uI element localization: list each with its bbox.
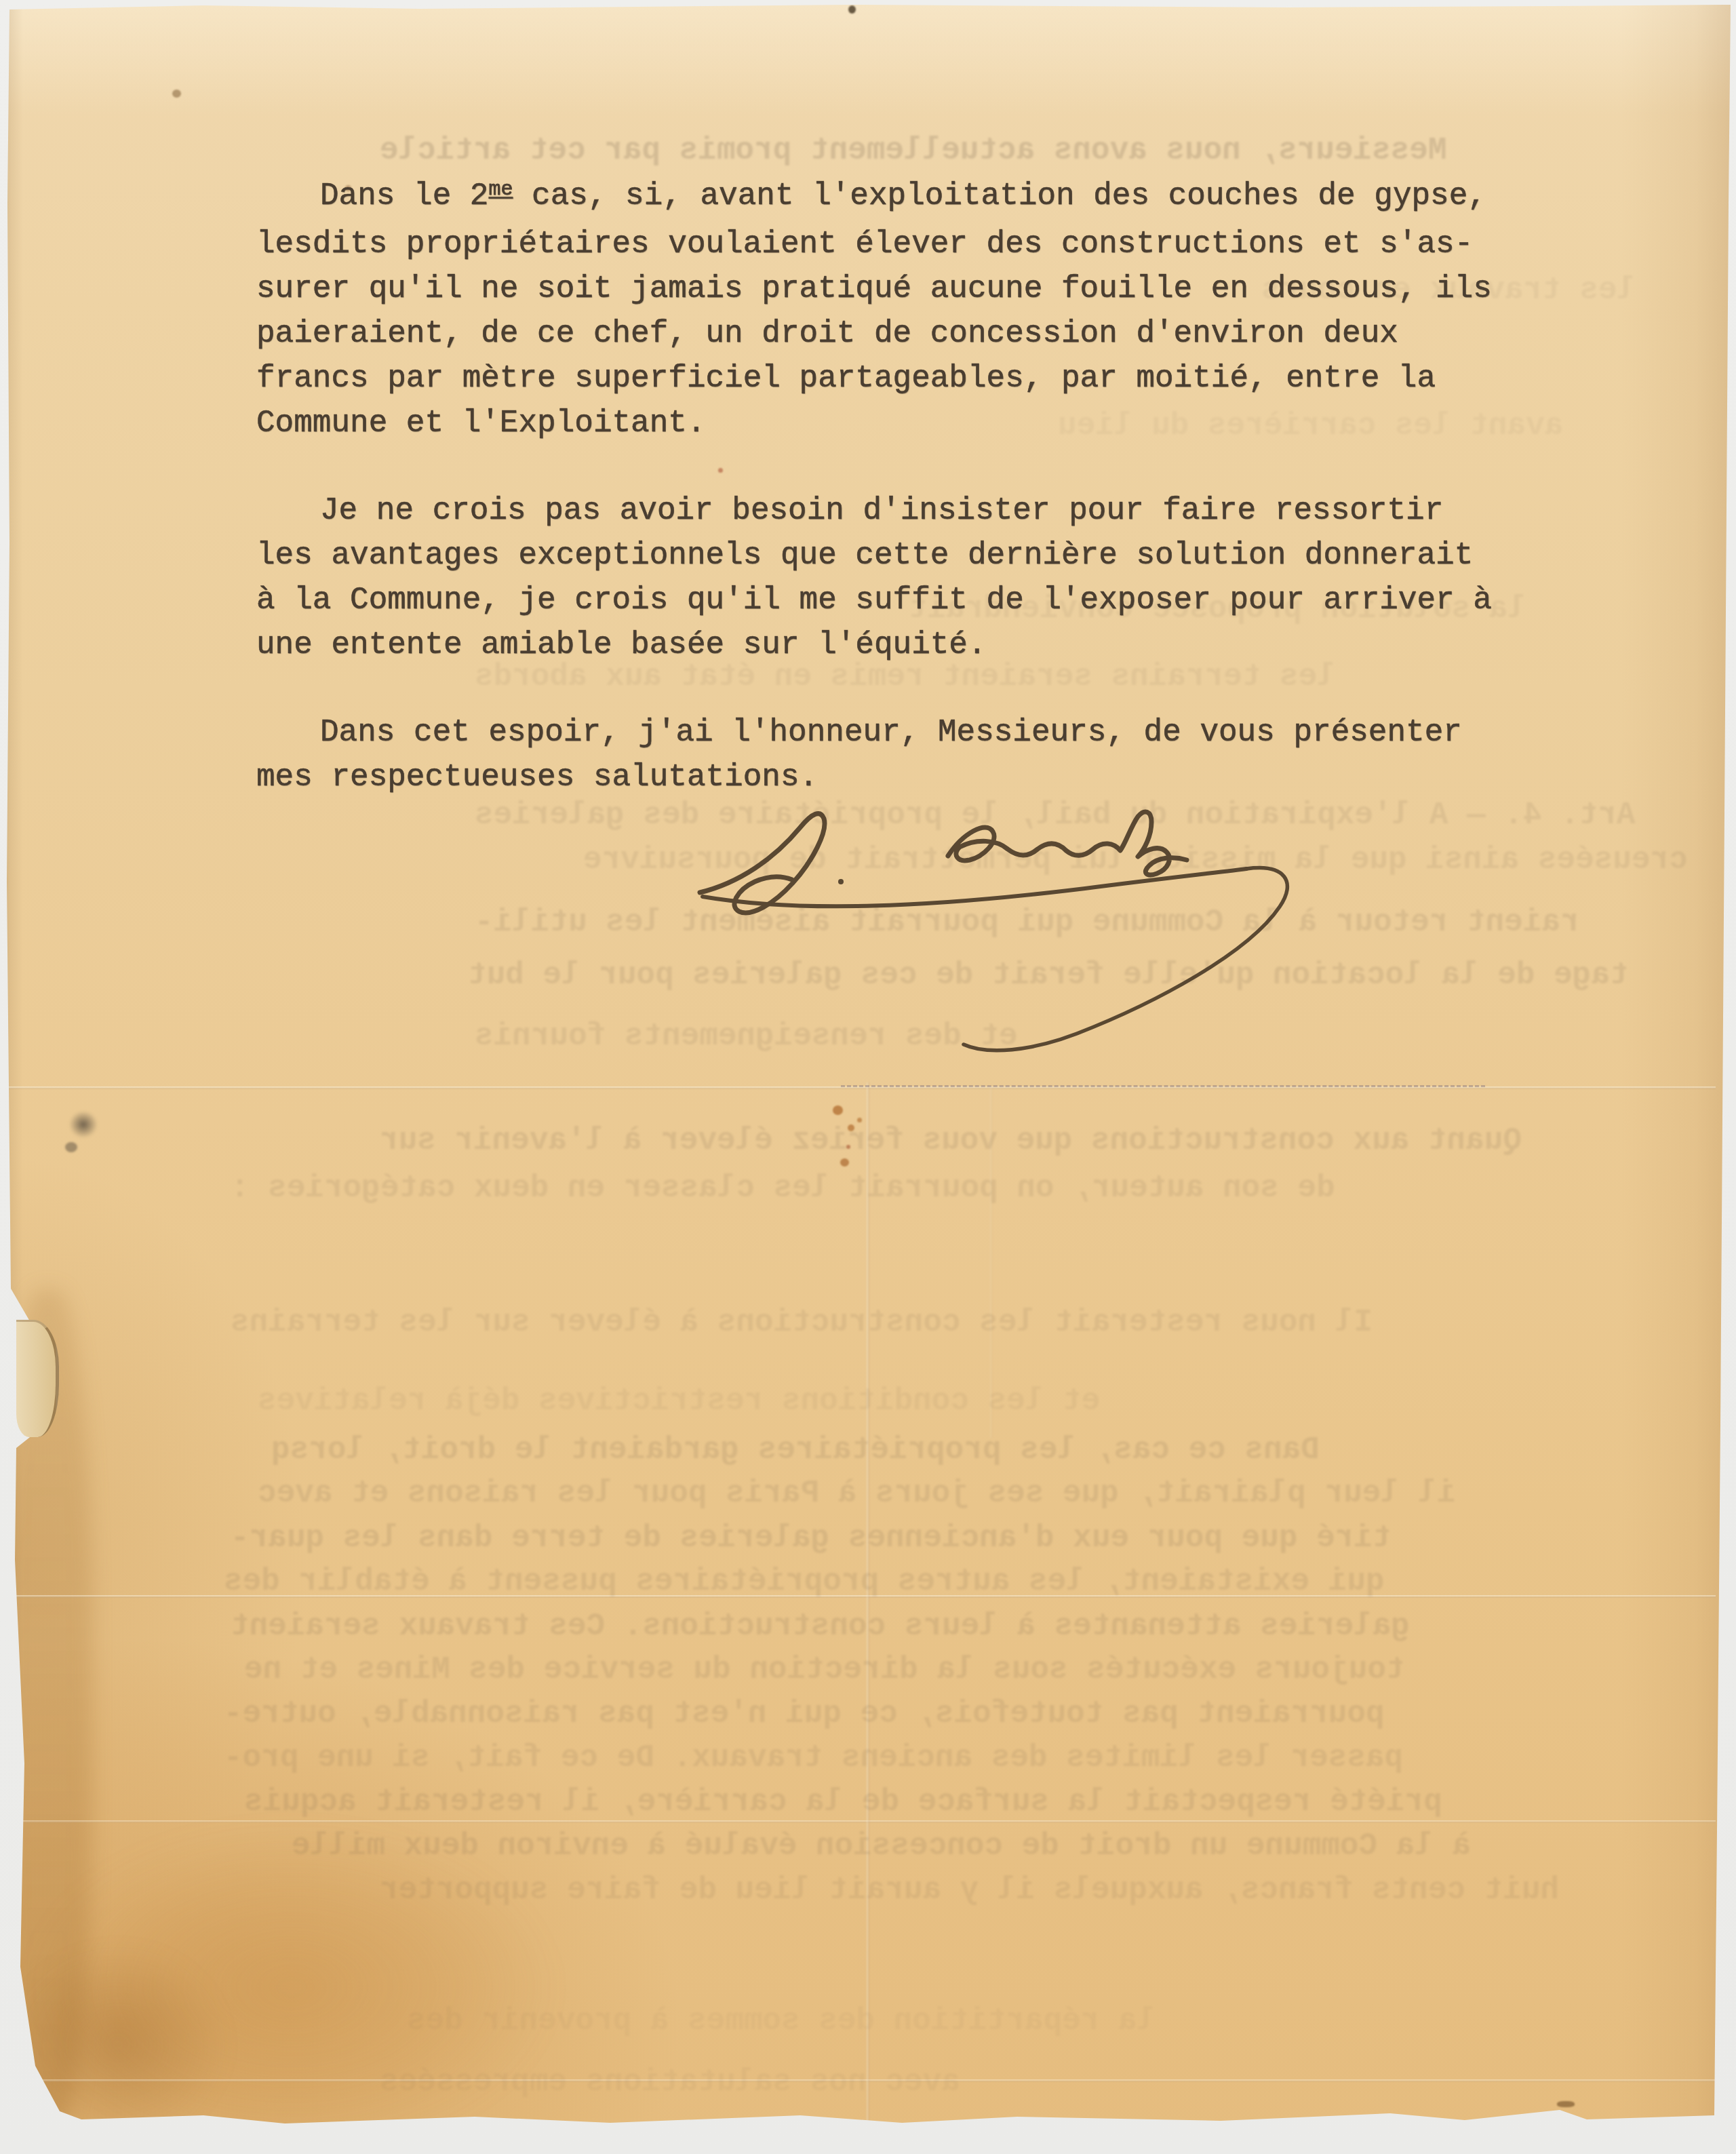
letter-body: Dans le 2me cas, si, avant l'exploitatio… [256,174,1541,842]
bleedthrough-line: tiré que pour eux d'anciennes galeries d… [231,1518,1391,1559]
typed-line: francs par mètre superficiel partageable… [256,356,1541,401]
bleedthrough-line: qui existaient, les autres propriétaires… [224,1561,1384,1602]
paragraph: Dans cet espoir, j'ai l'honneur, Messieu… [256,710,1541,800]
typed-line: surer qu'il ne soit jamais pratiqué aucu… [256,267,1541,311]
bleedthrough-line: Il nous resterait les constructions à él… [231,1302,1373,1343]
ink-blot [69,1111,98,1138]
bleedthrough-line: priété respectait la surface de la carri… [244,1782,1442,1822]
bleedthrough-line: la répartition des sommes à provenir des [407,2001,1156,2041]
bleedthrough-line: tage de la location qu'elle ferait de ce… [468,955,1628,996]
bleedthrough-line: creusées ainsi que la mission lui permet… [583,840,1688,880]
typed-line: une entente amiable basée sur l'équité. [256,623,1541,667]
ink-blot-small [65,1142,77,1152]
bleedthrough-line: de son auteur, on pourrait les classer e… [231,1168,1335,1209]
superscript-ordinal: me [488,168,513,212]
bleedthrough-line: Quant aux constructions que vous feriez … [380,1120,1522,1161]
bleedthrough-line: passer les limites des anciens travaux. … [224,1738,1403,1778]
bleedthrough-line: il leur plairait, que ses jours à Paris … [258,1473,1456,1514]
bleedthrough-line: Dans ce cas, les propriétaires gardaient… [271,1430,1320,1470]
typed-line: à la Commune, je crois qu'il me suffit d… [256,578,1541,623]
torn-edge-flap [16,1320,59,1437]
pencil-dashed-line [841,1085,1485,1087]
paper-speck [848,5,856,14]
corner-stain [9,1946,226,2143]
paper-speck [172,90,181,98]
typed-line: lesdits propriétaires voulaient élever d… [256,222,1541,267]
typed-line: mes respectueuses salutations. [256,755,1541,800]
rust-speck [833,1105,843,1115]
bleedthrough-line: Messieurs, nous avons actuellement promi… [380,130,1446,171]
typed-line: Dans cet espoir, j'ai l'honneur, Messieu… [256,710,1541,755]
scan-background: Messieurs, nous avons actuellement promi… [0,0,1736,2154]
typed-line: Je ne crois pas avoir besoin d'insister … [256,488,1541,533]
bleedthrough-line: et des renseignements fournis [475,1016,1018,1057]
paragraph: Dans le 2me cas, si, avant l'exploitatio… [256,174,1541,446]
paper-speck [1557,2101,1575,2107]
bleedthrough-line: raient retour à la Commune qui pourrait … [475,902,1579,943]
typed-line: Commune et l'Exploitant. [256,401,1541,446]
bleedthrough-line: huit cents francs, auxquels il y aurait … [380,1870,1559,1911]
paragraph: Je ne crois pas avoir besoin d'insister … [256,488,1541,667]
bleedthrough-line: toujours exécutés sous la direction du s… [244,1649,1404,1690]
typed-text: Dans le 2 [320,178,488,214]
bleedthrough-line: avec nos salutations empressées [380,2062,960,2102]
typed-line: les avantages exceptionnels que cette de… [256,533,1541,578]
bleedthrough-line: galeries attenantes à leurs construction… [231,1606,1410,1647]
fold-crease-vertical [867,1082,869,2123]
paper-sheet: Messieurs, nous avons actuellement promi… [0,0,1736,2154]
typed-line: paieraient, de ce chef, un droit de conc… [256,311,1541,356]
bleedthrough-line: et les conditions restrictives déjà rela… [258,1381,1100,1422]
typed-text: cas, si, avant l'exploitation des couche… [513,178,1486,214]
typed-line: Dans le 2me cas, si, avant l'exploitatio… [256,174,1541,222]
bleedthrough-line: à la Commune un droit de concession éval… [292,1826,1471,1866]
bleedthrough-line: pourraient pas toutefois, ce qui n'est p… [224,1693,1384,1734]
